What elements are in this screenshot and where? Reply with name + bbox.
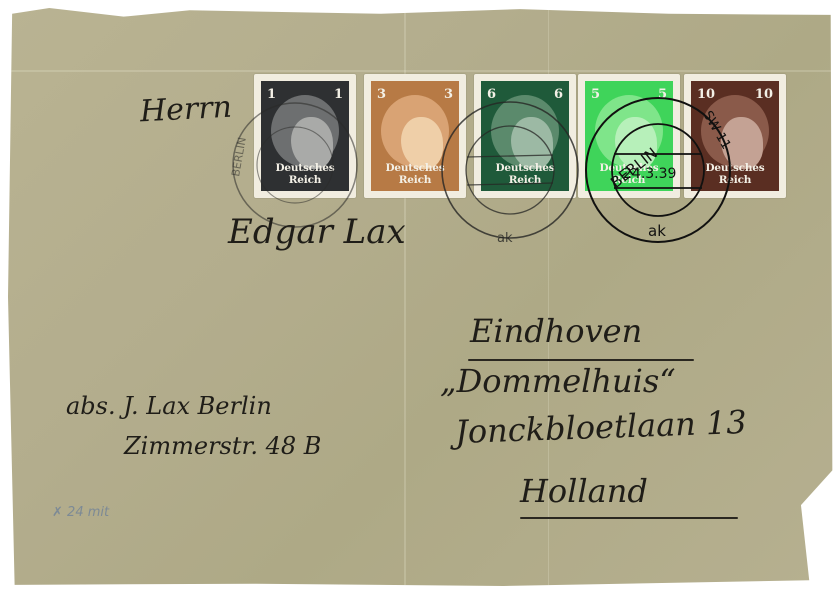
country-underline <box>520 517 738 519</box>
svg-text:ak: ak <box>648 222 666 240</box>
stamp-value: 3 <box>377 87 386 102</box>
fold-crease <box>8 70 834 72</box>
recipient-country: Holland <box>520 472 648 510</box>
city-underline <box>468 359 694 361</box>
sender-line-2: Zimmerstr. 48 B <box>124 432 321 460</box>
recipient-city: Eindhoven <box>470 312 642 350</box>
pencil-note: ✗ 24 mit <box>52 505 109 520</box>
sender-line-1: abs. J. Lax Berlin <box>66 392 272 420</box>
svg-text:24.3.39: 24.3.39 <box>623 166 676 182</box>
recipient-house: „Dommelhuis“ <box>440 362 676 400</box>
recipient-name: Edgar Lax <box>228 212 406 252</box>
stamp-value: 10 <box>755 87 773 102</box>
pencil-mark-icon: ✗ <box>52 505 63 520</box>
svg-text:SW 11: SW 11 <box>700 108 734 152</box>
salutation-text: Herrn <box>139 90 233 130</box>
postmark-3: BERLIN SW 11 24.3.39 ak <box>578 92 748 262</box>
postmark-2: ak <box>435 95 595 255</box>
svg-text:BERLIN: BERLIN <box>229 136 249 177</box>
svg-text:ak: ak <box>497 231 513 246</box>
